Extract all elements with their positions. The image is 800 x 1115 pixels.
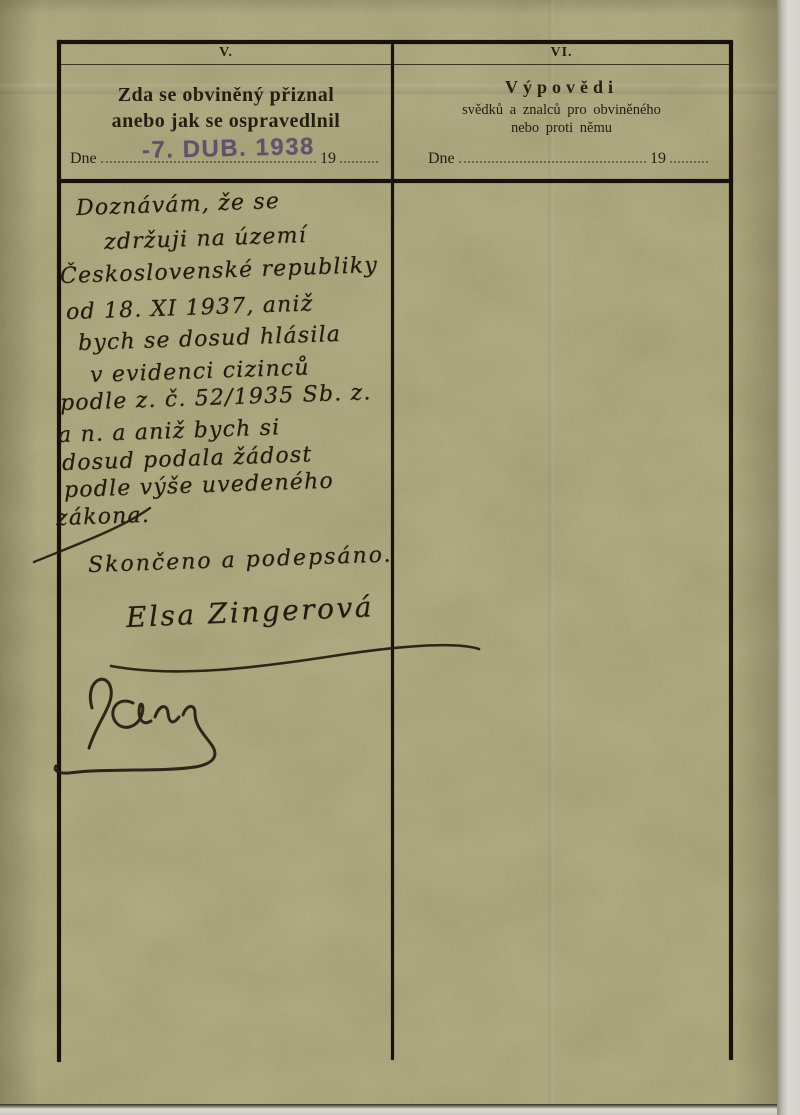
date-stamp: -7. DUB. 1938: [142, 133, 315, 165]
paper-edge-shadow-right: [733, 0, 777, 1106]
official-signature: [45, 668, 315, 786]
column-vi-title: Výpovědi: [394, 77, 729, 98]
pen-stroke-flourish: [28, 500, 158, 570]
deponent-signature: Elsa Zingerová: [125, 590, 374, 634]
column-vi-number: VI.: [394, 45, 729, 61]
date-field-right: Dne 19: [428, 147, 708, 168]
handwriting-line: Československé republiky: [60, 253, 379, 289]
dotted-leader: [670, 147, 708, 163]
scanned-document-page: V. Zda se obviněný přiznal anebo jak se …: [0, 0, 800, 1115]
handwriting-line: bych se dosud hlásila: [78, 322, 342, 356]
table-rule-under-header: [57, 179, 733, 183]
column-v-number: V.: [61, 45, 391, 61]
column-v-title-line1: Zda se obviněný přiznal: [61, 84, 391, 107]
table-rule-under-numbers: [59, 64, 731, 65]
scan-edge-bottom: [0, 1104, 777, 1115]
table-rule-right: [729, 42, 733, 1060]
year-prefix-left: 19: [320, 150, 336, 168]
paper-sheet: V. Zda se obviněný přiznal anebo jak se …: [0, 0, 777, 1106]
paper-edge-shadow-top: [0, 0, 777, 14]
table-rule-top: [57, 40, 733, 44]
handwriting-line: Doznávám, že se: [76, 189, 281, 221]
scan-edge-right: [777, 0, 800, 1115]
dotted-leader: [459, 147, 646, 163]
column-vi-subtitle-line1: svědků a znalců pro obviněného: [394, 102, 729, 119]
handwriting-line: zdržuji na území: [104, 223, 308, 255]
column-v-title-line2: anebo jak se ospravedlnil: [61, 110, 391, 133]
handwriting-line: od 18. XI 1937, aniž: [66, 291, 314, 325]
column-vi-subtitle-line2: nebo proti němu: [394, 120, 729, 137]
handwriting-line: a n. a aniž bych si: [58, 415, 281, 448]
date-label-right: Dne: [428, 150, 455, 168]
year-prefix-right: 19: [650, 150, 666, 168]
date-label-left: Dne: [70, 150, 97, 168]
dotted-leader: [340, 147, 378, 163]
